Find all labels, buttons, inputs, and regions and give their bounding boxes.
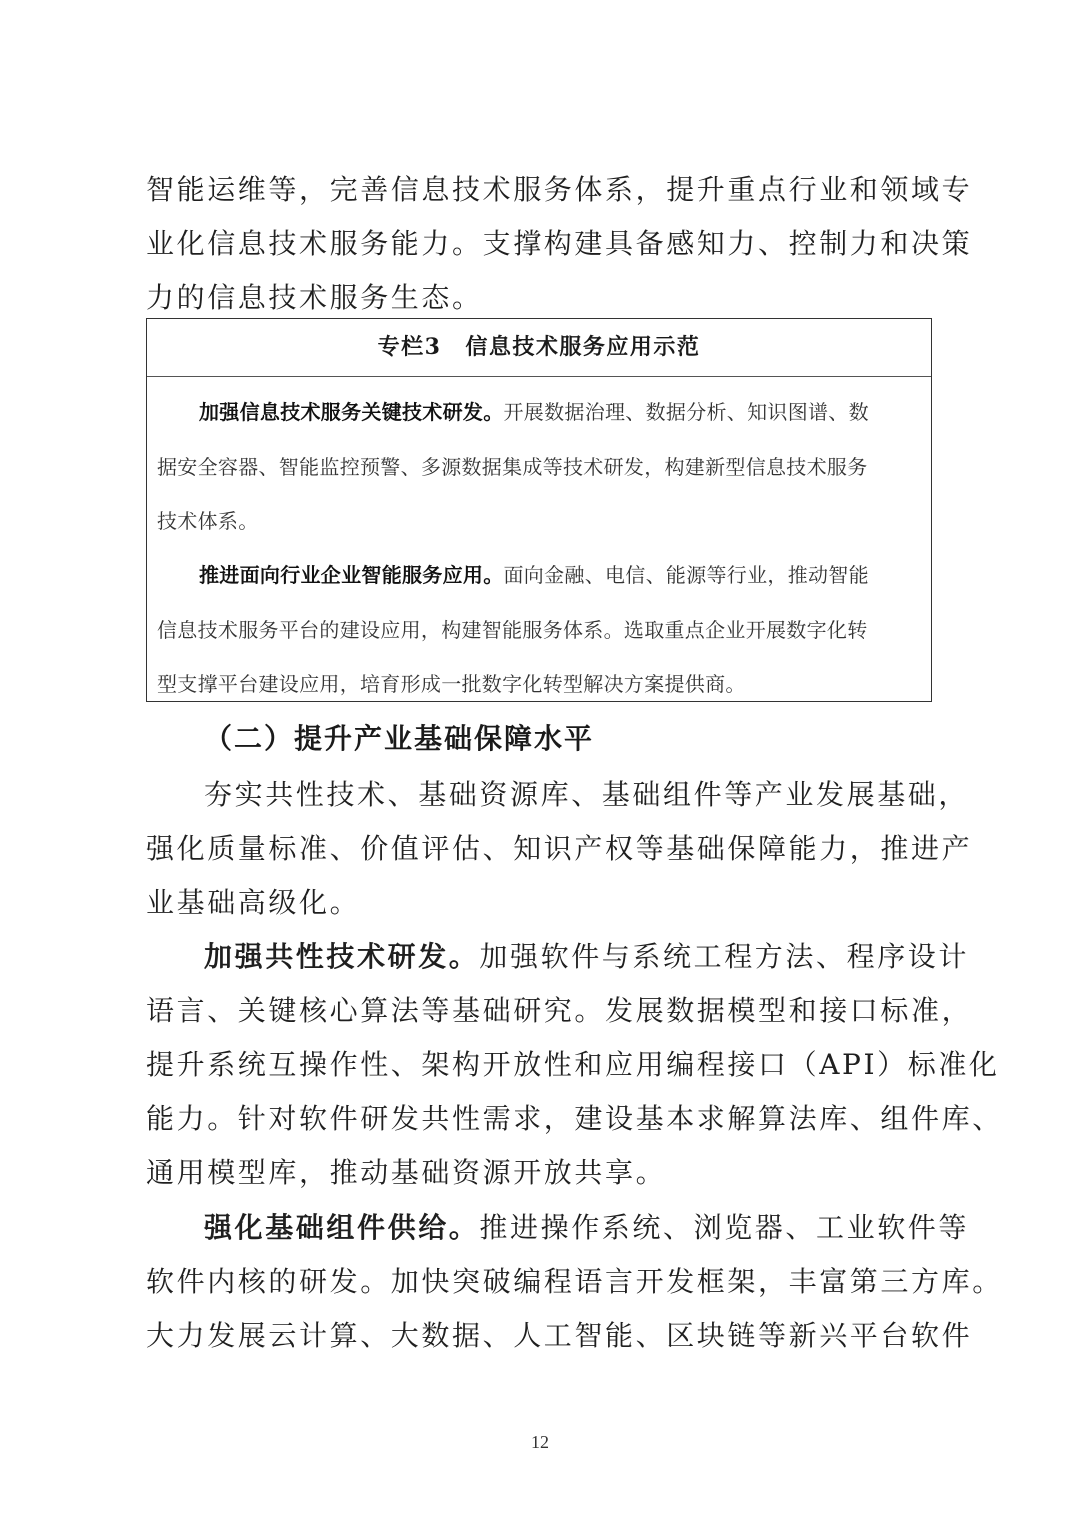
- paragraph-heading: 加强共性技术研发。: [204, 940, 479, 973]
- section-heading: （二）提升产业基础保障水平: [204, 723, 594, 755]
- paragraph-line: 大力发展云计算、大数据、人工智能、区块链等新兴平台软件: [146, 1320, 934, 1352]
- paragraph-line: 能力。针对软件研发共性需求，建设基本求解算法库、组件库、: [146, 1103, 934, 1135]
- box-label: 专栏3: [378, 334, 442, 360]
- paragraph-text: 加强软件与系统工程方法、程序设计: [479, 940, 969, 973]
- box-title-text: 信息技术服务应用示范: [465, 334, 700, 360]
- box-item-line: 信息技术服务平台的建设应用，构建智能服务体系。选取重点企业开展数字化转: [157, 619, 868, 643]
- section-intro-line: 强化质量标准、价值评估、知识产权等基础保障能力，推进产: [146, 833, 934, 865]
- box-item-heading: 加强信息技术服务关键技术研发。: [199, 402, 504, 424]
- section-intro-line: 夯实共性技术、基础资源库、基础组件等产业发展基础，: [204, 779, 934, 811]
- intro-line: 智能运维等，完善信息技术服务体系，提升重点行业和领域专: [146, 174, 934, 206]
- box-item-line: 推进面向行业企业智能服务应用。面向金融、电信、能源等行业，推动智能: [199, 564, 869, 588]
- paragraph-text: 推进操作系统、浏览器、工业软件等: [479, 1211, 969, 1244]
- paragraph-line: 软件内核的研发。加快突破编程语言开发框架，丰富第三方库。: [146, 1266, 934, 1298]
- page-number: 12: [0, 1432, 1080, 1453]
- box-item-heading: 推进面向行业企业智能服务应用。: [199, 565, 504, 587]
- paragraph-line: 语言、关键核心算法等基础研究。发展数据模型和接口标准，: [146, 995, 934, 1027]
- special-column-box: 专栏3信息技术服务应用示范 加强信息技术服务关键技术研发。开展数据治理、数据分析…: [146, 318, 932, 702]
- paragraph-line: 提升系统互操作性、架构开放性和应用编程接口（API）标准化: [146, 1049, 934, 1081]
- paragraph-line: 强化基础组件供给。推进操作系统、浏览器、工业软件等: [204, 1212, 934, 1244]
- box-item-text: 面向金融、电信、能源等行业，推动智能: [504, 565, 869, 587]
- paragraph-line: 加强共性技术研发。加强软件与系统工程方法、程序设计: [204, 941, 934, 973]
- box-item-line: 据安全容器、智能监控预警、多源数据集成等技术研发，构建新型信息技术服务: [157, 456, 868, 480]
- box-title: 专栏3信息技术服务应用示范: [147, 319, 931, 377]
- box-item-line: 型支撑平台建设应用，培育形成一批数字化转型解决方案提供商。: [157, 673, 746, 697]
- box-item-line: 技术体系。: [157, 510, 259, 534]
- intro-line: 力的信息技术服务生态。: [146, 282, 934, 314]
- box-item-line: 加强信息技术服务关键技术研发。开展数据治理、数据分析、知识图谱、数: [199, 401, 869, 425]
- paragraph-line: 通用模型库，推动基础资源开放共享。: [146, 1157, 934, 1189]
- paragraph-heading: 强化基础组件供给。: [204, 1211, 479, 1244]
- section-intro-line: 业基础高级化。: [146, 887, 934, 919]
- box-item-text: 开展数据治理、数据分析、知识图谱、数: [504, 402, 869, 424]
- intro-line: 业化信息技术服务能力。支撑构建具备感知力、控制力和决策: [146, 228, 934, 260]
- document-page: 智能运维等，完善信息技术服务体系，提升重点行业和领域专 业化信息技术服务能力。支…: [0, 0, 1080, 1528]
